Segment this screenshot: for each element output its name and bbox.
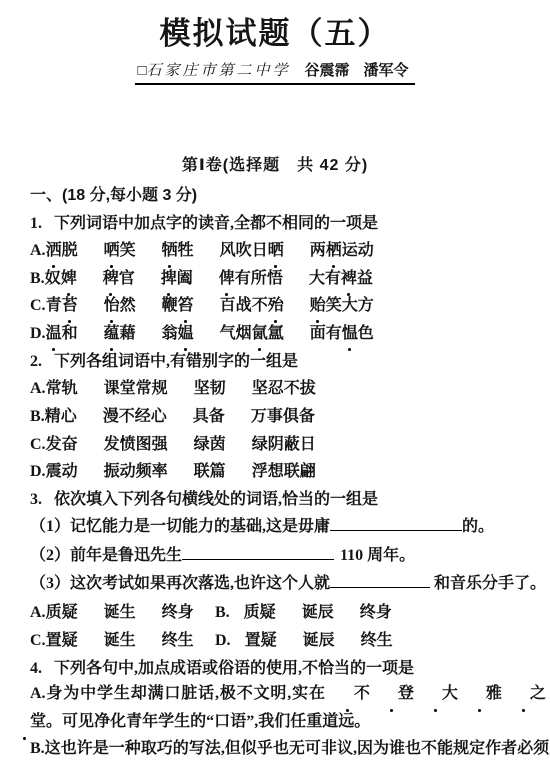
- option-word: 置疑: [245, 632, 277, 649]
- option-word: 终生: [361, 632, 393, 649]
- option-word: 诞辰: [303, 632, 335, 649]
- word-item: 坚韧: [194, 376, 226, 402]
- option-label: A.: [30, 604, 46, 621]
- sentence-segment: 身为中学生却满口脏话,极不文明,实在: [46, 685, 326, 702]
- q3-sentence-3: （3）这次考试如果再次落选,也许这个人就和音乐分手了。: [30, 571, 545, 597]
- q4-option-b: B.这也许是一种取巧的写法,但似乎也无可非议,因为谁也不能规定作者必须怎: [30, 736, 550, 762]
- byline-underlined: □石家庄市第二中学谷震霈潘军令: [135, 59, 414, 85]
- q1-option-c: C.青苔怡然鞭笞百战不殆贻笑大方: [30, 293, 545, 319]
- word-item: 振动频率: [104, 459, 168, 485]
- word-item: 两栖运动: [310, 238, 374, 264]
- q3-stem-text: 依次填入下列各句横线处的词语,恰当的一组是: [54, 491, 378, 508]
- option-word: 质疑: [46, 604, 78, 621]
- option-label: B.: [30, 740, 45, 757]
- q3-stem: 3.依次填入下列各句横线处的词语,恰当的一组是: [30, 487, 545, 513]
- word-item: 面有愠色: [310, 321, 374, 347]
- option-word: 诞生: [104, 604, 136, 621]
- word-item: 捭阖: [161, 266, 193, 292]
- option-label: A.: [30, 685, 46, 702]
- q3-option-c: C.置疑诞生终生: [30, 628, 215, 654]
- q3-option-b: B.质疑诞辰终身: [215, 600, 400, 626]
- school-name: 石家庄市第二中学: [147, 63, 291, 79]
- author-name-2: 潘军令: [364, 62, 409, 79]
- option-label: D.: [215, 632, 231, 649]
- word-item: 蕴藉: [104, 321, 136, 347]
- word-item: 联篇: [194, 459, 226, 485]
- sentence-segment: 。可见净化青年学生的“口语”,我们任重道远。: [46, 713, 370, 730]
- word-item: 贻笑大方: [310, 293, 374, 319]
- word-item: 大有裨益: [309, 266, 373, 292]
- q2-option-d: D.震动振动频率联篇浮想联翩: [30, 459, 545, 485]
- q1-stem: 1.下列词语中加点字的读音,全都不相同的一项是: [30, 211, 545, 237]
- q2-number: 2.: [30, 353, 42, 370]
- exam-paper-page: 模拟试题（五） □石家庄市第二中学谷震霈潘军令 第Ⅰ卷(选择题 共 42 分) …: [0, 0, 550, 763]
- option-label: B.: [215, 604, 230, 621]
- q1-number: 1.: [30, 215, 42, 232]
- word-item: 绿茵: [194, 432, 226, 458]
- option-label: C.: [30, 436, 46, 453]
- word-item: 漫不经心: [103, 404, 167, 430]
- word-item: 温和: [46, 321, 78, 347]
- fill-in-blank: [330, 515, 462, 531]
- q2-stem-text: 下列各组词语中,有错别字的一组是: [54, 353, 298, 370]
- q2-option-c: C.发奋发愤图强绿茵绿阴蔽日: [30, 432, 545, 458]
- dotted-idiom: 无可非议: [289, 740, 353, 757]
- word-item: 发奋: [46, 432, 78, 458]
- word-item: 精心: [45, 404, 77, 430]
- word-item: 课堂常规: [104, 376, 168, 402]
- q1-stem-text: 下列词语中加点字的读音,全都不相同的一项是: [54, 215, 378, 232]
- option-word: 诞辰: [302, 604, 334, 621]
- option-word: 终生: [162, 632, 194, 649]
- word-item: 百战不殆: [220, 293, 284, 319]
- q2-stem: 2.下列各组词语中,有错别字的一组是: [30, 349, 545, 375]
- sentence-pre: （3）这次考试如果再次落选,也许这个人就: [30, 575, 330, 592]
- q3-number: 3.: [30, 491, 42, 508]
- fill-in-blank: [330, 572, 430, 588]
- word-item: 奴婢: [45, 266, 77, 292]
- option-label: A.: [30, 380, 46, 397]
- word-item: 气烟氤氲: [220, 321, 284, 347]
- q1-option-a: A.洒脱哂笑牺牲风吹日晒两栖运动: [30, 238, 545, 264]
- word-item: 俾有所悟: [219, 266, 283, 292]
- section-header: 第Ⅰ卷(选择题 共 42 分): [0, 152, 550, 175]
- option-label: C.: [30, 297, 46, 314]
- q1-option-d: D.温和蕴藉翁媪气烟氤氲面有愠色: [30, 321, 545, 347]
- option-word: 终身: [162, 604, 194, 621]
- option-label: C.: [30, 632, 46, 649]
- option-label: D.: [30, 325, 46, 342]
- sentence-post: 和音乐分手了。: [434, 575, 546, 592]
- option-word: 诞生: [104, 632, 136, 649]
- word-item: 洒脱: [46, 238, 78, 264]
- q2-option-a: A.常轨课堂常规坚韧坚忍不拔: [30, 376, 545, 402]
- q3-option-a: A.质疑诞生终身: [30, 600, 215, 626]
- word-item: 发愤图强: [104, 432, 168, 458]
- author-marker-square: □: [137, 63, 146, 79]
- q3-options-row-1: A.质疑诞生终身 B.质疑诞辰终身: [30, 600, 545, 626]
- sentence-segment: ,因为谁也不能规定作者必须怎: [353, 740, 550, 757]
- word-item: 万事俱备: [251, 404, 315, 430]
- word-item: 浮想联翩: [252, 459, 316, 485]
- q3-options-row-2: C.置疑诞生终生 D.置疑诞辰终生: [30, 628, 545, 654]
- option-label: B.: [30, 408, 45, 425]
- word-item: 震动: [46, 459, 78, 485]
- word-item: 风吹日晒: [220, 238, 284, 264]
- word-item: 绿阴蔽日: [252, 432, 316, 458]
- sentence-post: 110 周年。: [340, 547, 415, 564]
- sentence-segment: 这也许是一种取巧的写法,但似乎也: [45, 740, 289, 757]
- word-item: 牺牲: [162, 238, 194, 264]
- word-item: 鞭笞: [162, 293, 194, 319]
- word-item: 稗官: [103, 266, 135, 292]
- option-word: 终身: [360, 604, 392, 621]
- word-item: 具备: [193, 404, 225, 430]
- option-label: A.: [30, 242, 46, 259]
- option-word: 置疑: [46, 632, 78, 649]
- word-item: 哂笑: [104, 238, 136, 264]
- page-title: 模拟试题（五）: [0, 8, 550, 53]
- word-item: 翁媪: [162, 321, 194, 347]
- option-label: D.: [30, 463, 46, 480]
- q4-stem: 4.下列各句中,加点成语或俗语的使用,不恰当的一项是: [30, 656, 545, 682]
- author-name-1: 谷震霈: [305, 62, 350, 79]
- q3-option-d: D.置疑诞辰终生: [215, 628, 400, 654]
- q3-sentence-2: （2）前年是鲁迅先生110 周年。: [30, 543, 545, 569]
- fill-in-blank: [182, 544, 334, 560]
- sentence-post: 的。: [462, 518, 494, 535]
- q4-option-a: A.身为中学生却满口脏话,极不文明,实在不登大雅之堂。可见净化青年学生的“口语”…: [2, 680, 546, 736]
- q4-number: 4.: [30, 660, 42, 677]
- part-header: 一、(18 分,每小题 3 分): [30, 183, 545, 209]
- sentence-pre: （2）前年是鲁迅先生: [30, 547, 182, 564]
- word-item: 怡然: [104, 293, 136, 319]
- byline: □石家庄市第二中学谷震霈潘军令: [0, 59, 550, 85]
- q1-option-b: B.奴婢稗官捭阖俾有所悟大有裨益: [30, 266, 545, 292]
- q3-sentence-1: （1）记忆能力是一切能力的基础,这是毋庸的。: [30, 514, 545, 540]
- word-item: 坚忍不拔: [252, 376, 316, 402]
- option-label: B.: [30, 270, 45, 287]
- word-item: 青苔: [46, 293, 78, 319]
- option-word: 质疑: [244, 604, 276, 621]
- word-item: 常轨: [46, 376, 78, 402]
- sentence-pre: （1）记忆能力是一切能力的基础,这是毋庸: [30, 518, 330, 535]
- q2-option-b: B.精心漫不经心具备万事俱备: [30, 404, 545, 430]
- q4-stem-text: 下列各句中,加点成语或俗语的使用,不恰当的一项是: [54, 660, 414, 677]
